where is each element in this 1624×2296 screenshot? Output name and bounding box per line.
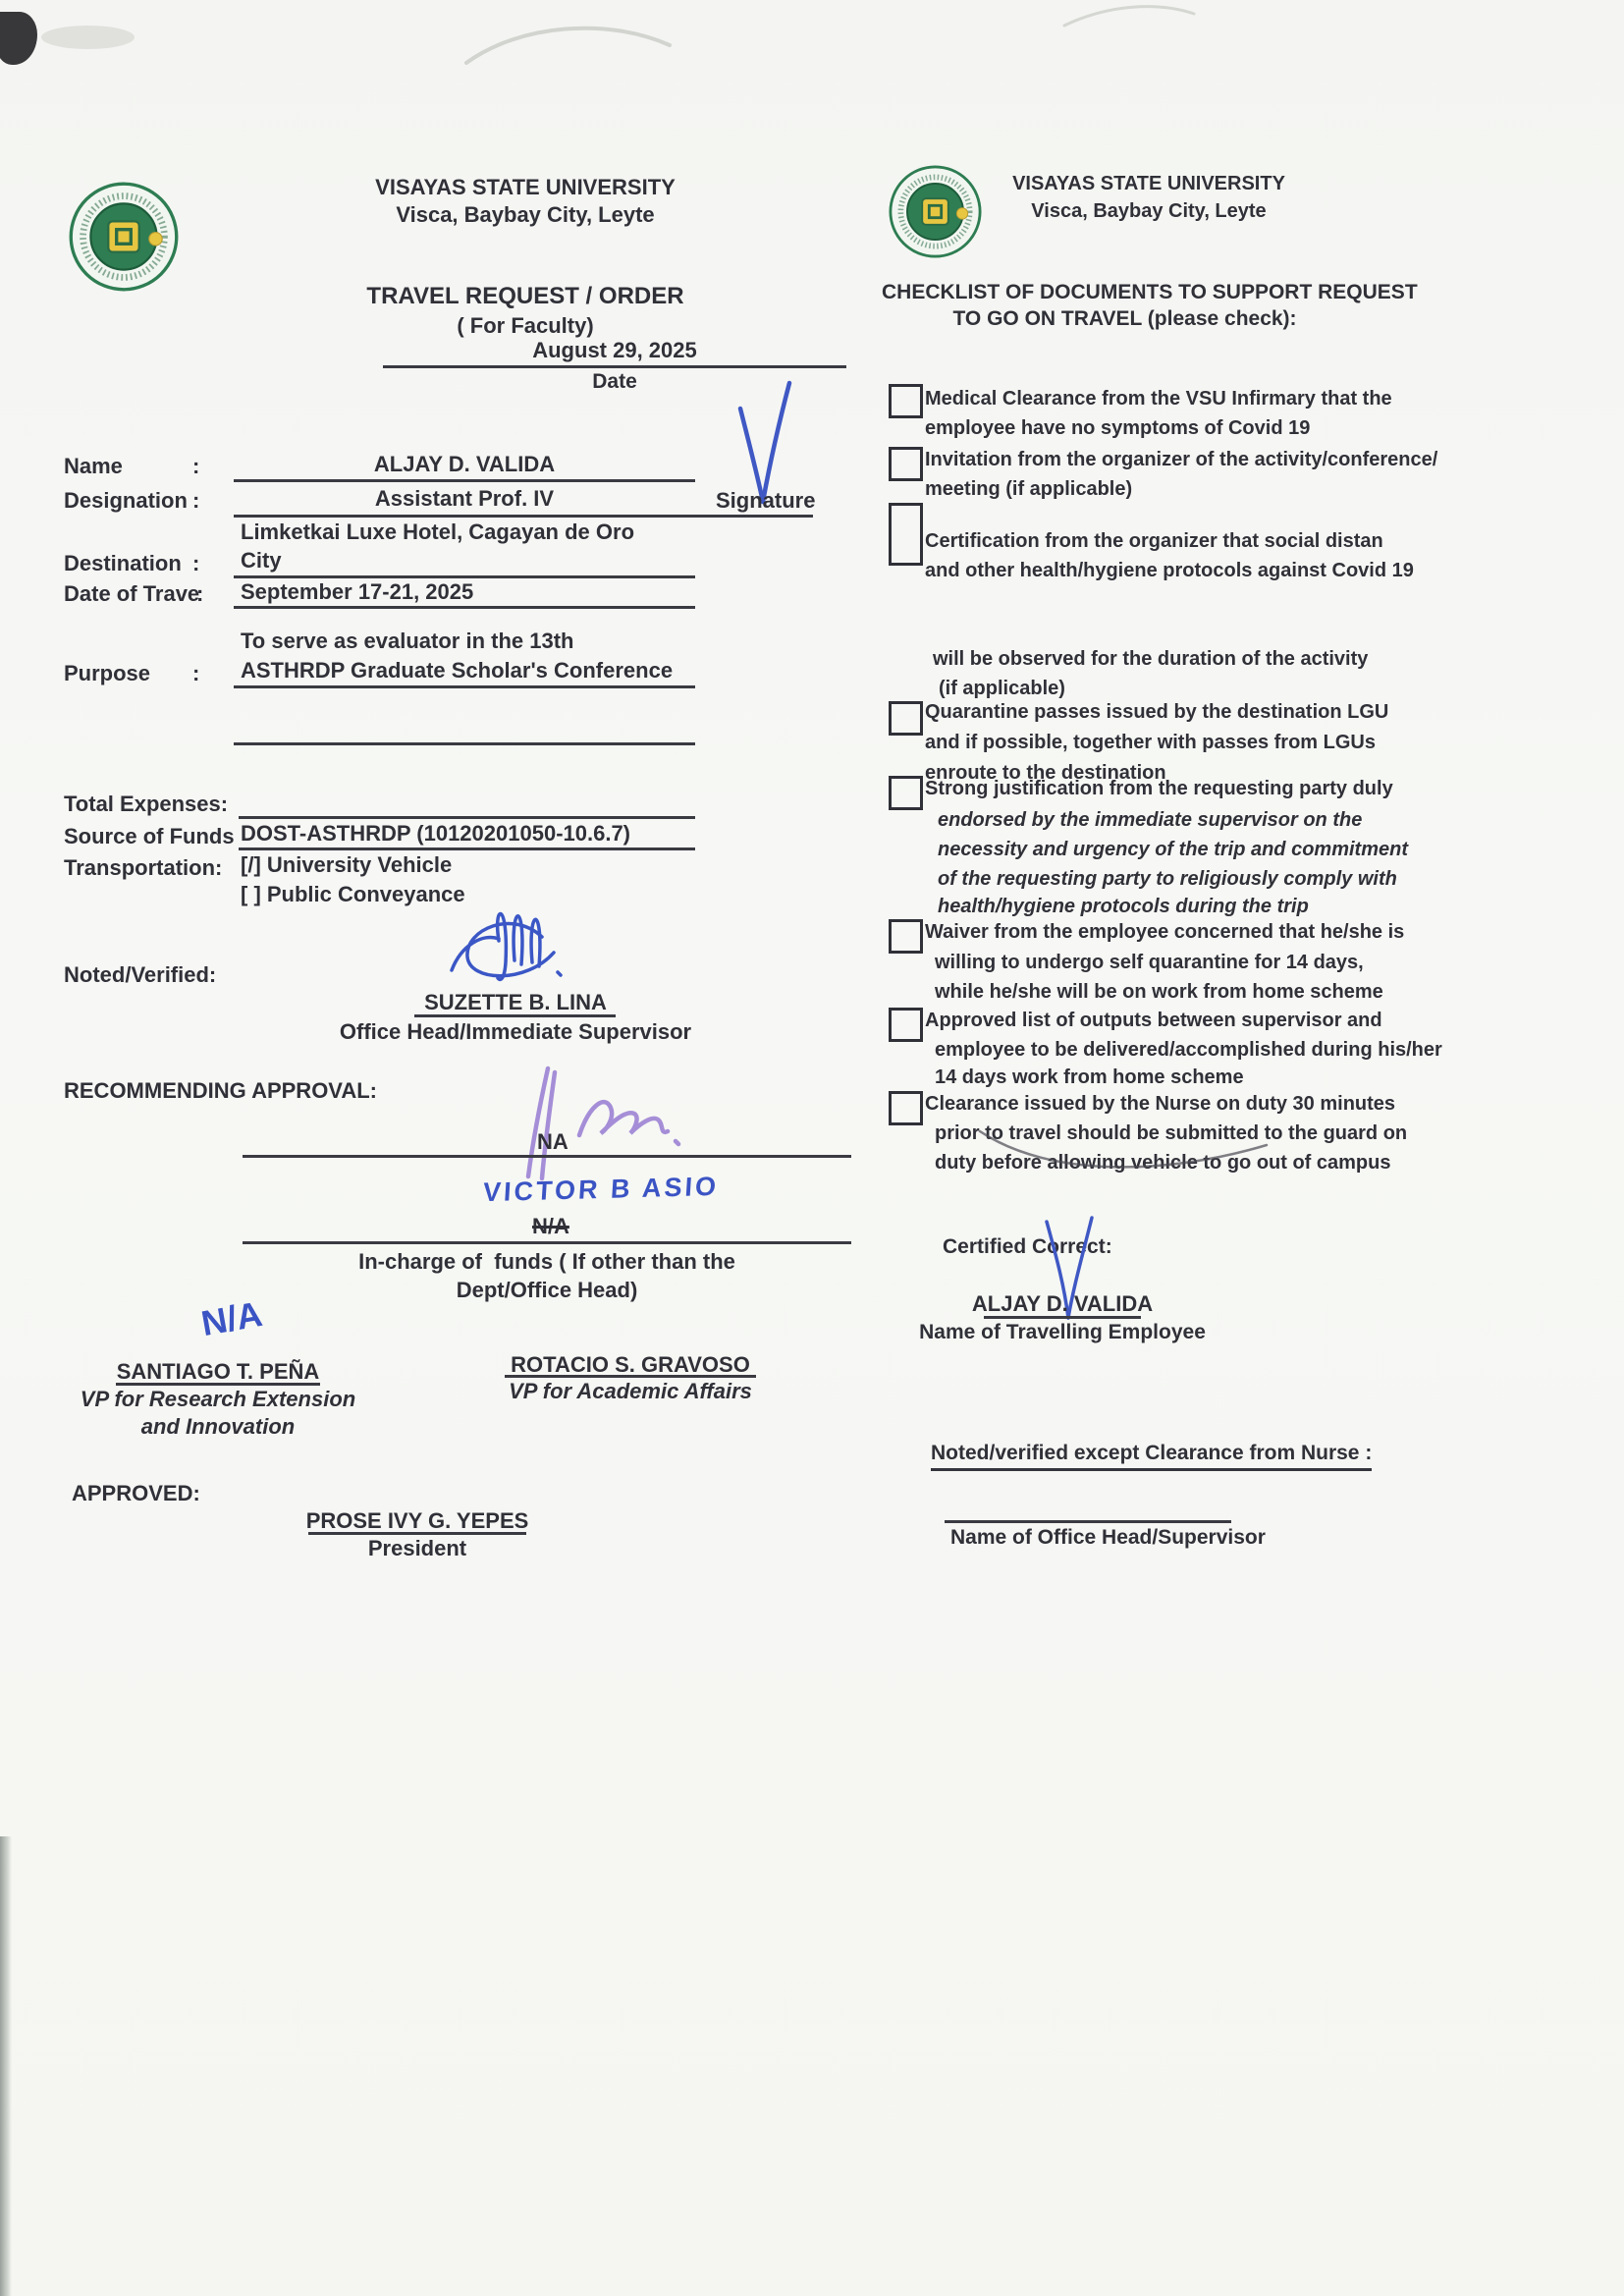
- recommending-underline-1: [243, 1155, 851, 1158]
- checklist-item-line: employee to be delivered/accomplished du…: [935, 1039, 1442, 1062]
- recommending-approval-label: RECOMMENDING APPROVAL:: [64, 1078, 377, 1103]
- travel-date-label: Date of Trave: [64, 581, 199, 606]
- checkbox-approved-outputs: [889, 1008, 923, 1042]
- checklist-item-line: employee have no symptoms of Covid 19: [925, 417, 1310, 440]
- checklist-item-line: Medical Clearance from the VSU Infirmary…: [925, 388, 1392, 410]
- right-org-address: Visca, Baybay City, Leyte: [997, 200, 1301, 223]
- purpose-value-line1: To serve as evaluator in the 13th: [241, 629, 574, 653]
- recommending-signature: [518, 1063, 693, 1182]
- checklist-item-line: Invitation from the organizer of the act…: [925, 449, 1437, 471]
- designation-label: Designation: [64, 488, 188, 513]
- left-org-name: VISAYAS STATE UNIVERSITY: [250, 175, 800, 199]
- source-of-funds-label: Source of Funds: [64, 824, 235, 848]
- vp-research-name: SANTIAGO T. PEÑA: [71, 1359, 365, 1384]
- right-org-name: VISAYAS STATE UNIVERSITY: [997, 173, 1301, 195]
- checklist-continuation-line1: will be observed for the duration of the…: [933, 648, 1368, 671]
- approved-label: APPROVED:: [72, 1481, 200, 1505]
- checklist-continuation-line2: (if applicable): [939, 678, 1065, 700]
- vp-research-underline: [116, 1383, 320, 1386]
- purpose-underline-2: [234, 742, 695, 745]
- checkbox-medical-clearance: [889, 384, 923, 418]
- president-name: PROSE IVY G. YEPES: [270, 1508, 565, 1533]
- travelling-employee-underline: [984, 1316, 1141, 1319]
- supervisor-name-underline: [414, 1014, 616, 1017]
- checkbox-strong-justification: [889, 776, 923, 810]
- source-of-funds-underline: [239, 847, 695, 850]
- in-charge-caption-line2: Dept/Office Head): [243, 1278, 851, 1302]
- checkbox-quarantine-passes: [889, 701, 923, 736]
- checklist-item-line: and if possible, together with passes fr…: [925, 732, 1376, 754]
- president-title: President: [270, 1536, 565, 1560]
- recommending-underline-2: [243, 1241, 851, 1244]
- designation-value: Assistant Prof. IV: [234, 486, 695, 511]
- checklist-item-line: while he/she will be on work from home s…: [935, 981, 1383, 1004]
- handwritten-fund-incharge-name: VICTOR B ASIO: [482, 1172, 720, 1208]
- checkbox-nurse-clearance: [889, 1091, 923, 1125]
- checklist-item-line: of the requesting party to religiously c…: [938, 868, 1397, 891]
- purpose-label: Purpose: [64, 661, 150, 685]
- transportation-label: Transportation:: [64, 855, 222, 880]
- total-expenses-underline: [239, 816, 695, 819]
- scan-crease-right: [1060, 0, 1198, 31]
- checklist-item-line: Waiver from the employee concerned that …: [925, 921, 1404, 944]
- checklist-item-line: 14 days work from home scheme: [935, 1066, 1244, 1089]
- office-head-signature-line: [945, 1520, 1231, 1523]
- date-value: August 29, 2025: [383, 338, 846, 362]
- purpose-value-line2: ASTHRDP Graduate Scholar's Conference: [241, 658, 673, 683]
- checklist-item-line: and other health/hygiene protocols again…: [925, 560, 1414, 582]
- signature-label: Signature: [716, 488, 815, 513]
- vp-research-title-line2: and Innovation: [71, 1414, 365, 1439]
- checklist-item-line: necessity and urgency of the trip and co…: [938, 839, 1408, 861]
- form-subtitle: ( For Faculty): [250, 313, 800, 338]
- scan-smear: [41, 26, 135, 49]
- supervisor-name: SUZETTE B. LINA: [324, 990, 707, 1014]
- scan-crease-top: [461, 16, 677, 77]
- checkbox-invitation: [889, 447, 923, 481]
- travelling-employee-name: ALJAY D. VALIDA: [940, 1291, 1185, 1316]
- checkbox-certification: [889, 503, 923, 566]
- name-underline: [234, 479, 695, 482]
- checklist-item-line: endorsed by the immediate supervisor on …: [938, 809, 1362, 832]
- office-head-caption: Name of Office Head/Supervisor: [950, 1526, 1266, 1550]
- checklist-item-line: willing to undergo self quarantine for 1…: [935, 952, 1364, 974]
- travelling-employee-caption: Name of Travelling Employee: [915, 1321, 1210, 1344]
- recommending-na-struck: N/A: [532, 1214, 569, 1238]
- designation-colon: :: [192, 488, 199, 513]
- checklist-item-line: Clearance issued by the Nurse on duty 30…: [925, 1093, 1395, 1116]
- vp-academic-underline: [505, 1375, 756, 1378]
- vsu-seal-logo: [69, 182, 179, 292]
- vsu-seal-logo-right: [889, 165, 982, 258]
- source-of-funds-value: DOST-ASTHRDP (10120201050-10.6.7): [241, 821, 630, 846]
- noted-verified-label: Noted/Verified:: [64, 962, 216, 987]
- pen-stroke-artifact: [972, 1118, 1276, 1198]
- total-expenses-label: Total Expenses:: [64, 792, 228, 816]
- purpose-colon: :: [192, 661, 199, 685]
- travel-date-colon: :: [196, 581, 203, 606]
- president-underline: [308, 1532, 526, 1535]
- checkbox-waiver: [889, 919, 923, 954]
- in-charge-caption-line1: In-charge of funds ( If other than the: [243, 1249, 851, 1274]
- checklist-title-line2: TO GO ON TRAVEL (please check):: [882, 307, 1368, 331]
- scan-corner-mark: [0, 12, 37, 65]
- vp-research-title-line1: VP for Research Extension: [71, 1387, 365, 1411]
- destination-value-line1: Limketkai Luxe Hotel, Cagayan de Oro: [241, 519, 634, 544]
- travel-date-underline: [234, 606, 695, 609]
- name-colon: :: [192, 454, 199, 478]
- noted-except-label: Noted/verified except Clearance from Nur…: [931, 1442, 1372, 1471]
- supervisor-title: Office Head/Immediate Supervisor: [324, 1019, 707, 1044]
- checklist-item-line: health/hygiene protocols during the trip: [938, 896, 1309, 918]
- vp-academic-name: ROTACIO S. GRAVOSO: [483, 1352, 778, 1377]
- destination-underline: [234, 575, 695, 578]
- checklist-item-line: Quarantine passes issued by the destinat…: [925, 701, 1388, 724]
- checklist-item-line: Approved list of outputs between supervi…: [925, 1010, 1382, 1032]
- travel-date-value: September 17-21, 2025: [241, 579, 473, 604]
- destination-colon: :: [192, 551, 199, 575]
- scan-edge-shadow: [0, 1836, 12, 2296]
- checklist-item-line: Certification from the organizer that so…: [925, 530, 1383, 553]
- purpose-underline-1: [234, 685, 695, 688]
- handwritten-na-mark: N/A: [198, 1293, 265, 1344]
- designation-underline: [234, 515, 813, 518]
- checklist-item-line: Strong justification from the requesting…: [925, 778, 1393, 800]
- transport-option-public-conveyance: [ ] Public Conveyance: [241, 882, 465, 906]
- form-title: TRAVEL REQUEST / ORDER: [250, 283, 800, 310]
- scanned-travel-request-form: VISAYAS STATE UNIVERSITY Visca, Baybay C…: [0, 0, 1624, 2296]
- destination-label: Destination: [64, 551, 182, 575]
- left-org-address: Visca, Baybay City, Leyte: [250, 202, 800, 227]
- vp-academic-title: VP for Academic Affairs: [483, 1379, 778, 1403]
- checklist-title-line1: CHECKLIST OF DOCUMENTS TO SUPPORT REQUES…: [882, 281, 1368, 304]
- recommending-na-printed: NA: [537, 1129, 568, 1154]
- transport-option-university-vehicle: [/] University Vehicle: [241, 852, 452, 877]
- supervisor-signature: [444, 892, 581, 998]
- name-label: Name: [64, 454, 123, 478]
- checklist-item-line: meeting (if applicable): [925, 478, 1132, 501]
- destination-value-line2: City: [241, 548, 282, 573]
- name-value: ALJAY D. VALIDA: [234, 452, 695, 476]
- date-underline: [383, 365, 846, 368]
